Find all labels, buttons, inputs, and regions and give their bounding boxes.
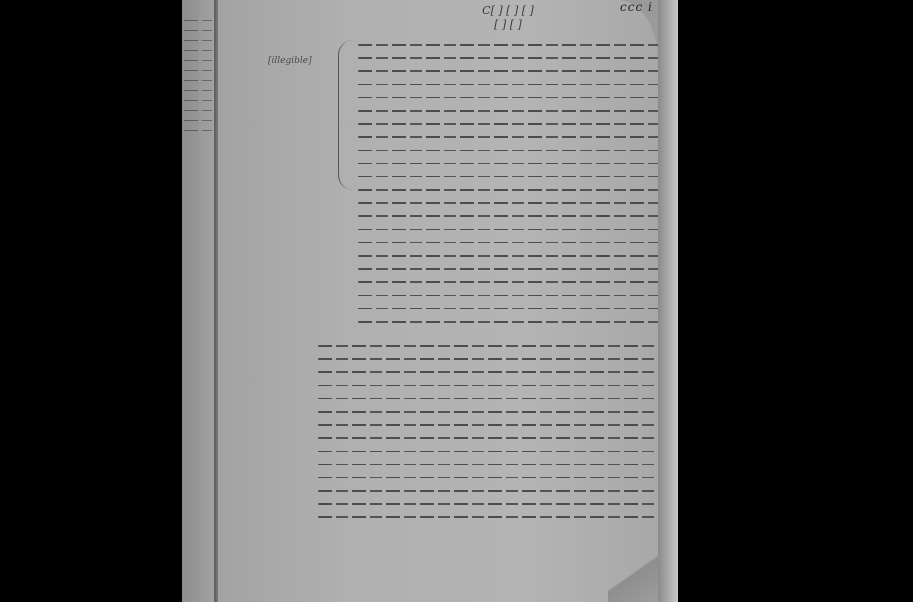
right-page: ccc i C[ ] [ ] [ ] [ ] [ ] [illegible]	[218, 0, 658, 602]
manuscript-scan: ccc i C[ ] [ ] [ ] [ ] [ ] [illegible]	[182, 0, 678, 602]
heading-line: [ ] [ ]	[408, 18, 608, 32]
body-text-lower	[318, 345, 678, 530]
margin-bracket	[338, 40, 353, 190]
left-page-script	[184, 20, 212, 140]
left-page-edge	[182, 0, 216, 602]
heading-line: C[ ] [ ] [ ]	[408, 4, 608, 18]
page-edge	[658, 0, 678, 602]
folio-number: ccc i	[620, 0, 653, 14]
margin-note: [illegible]	[268, 56, 312, 66]
body-text-upper	[358, 44, 678, 334]
page-heading: C[ ] [ ] [ ] [ ] [ ]	[408, 4, 608, 32]
